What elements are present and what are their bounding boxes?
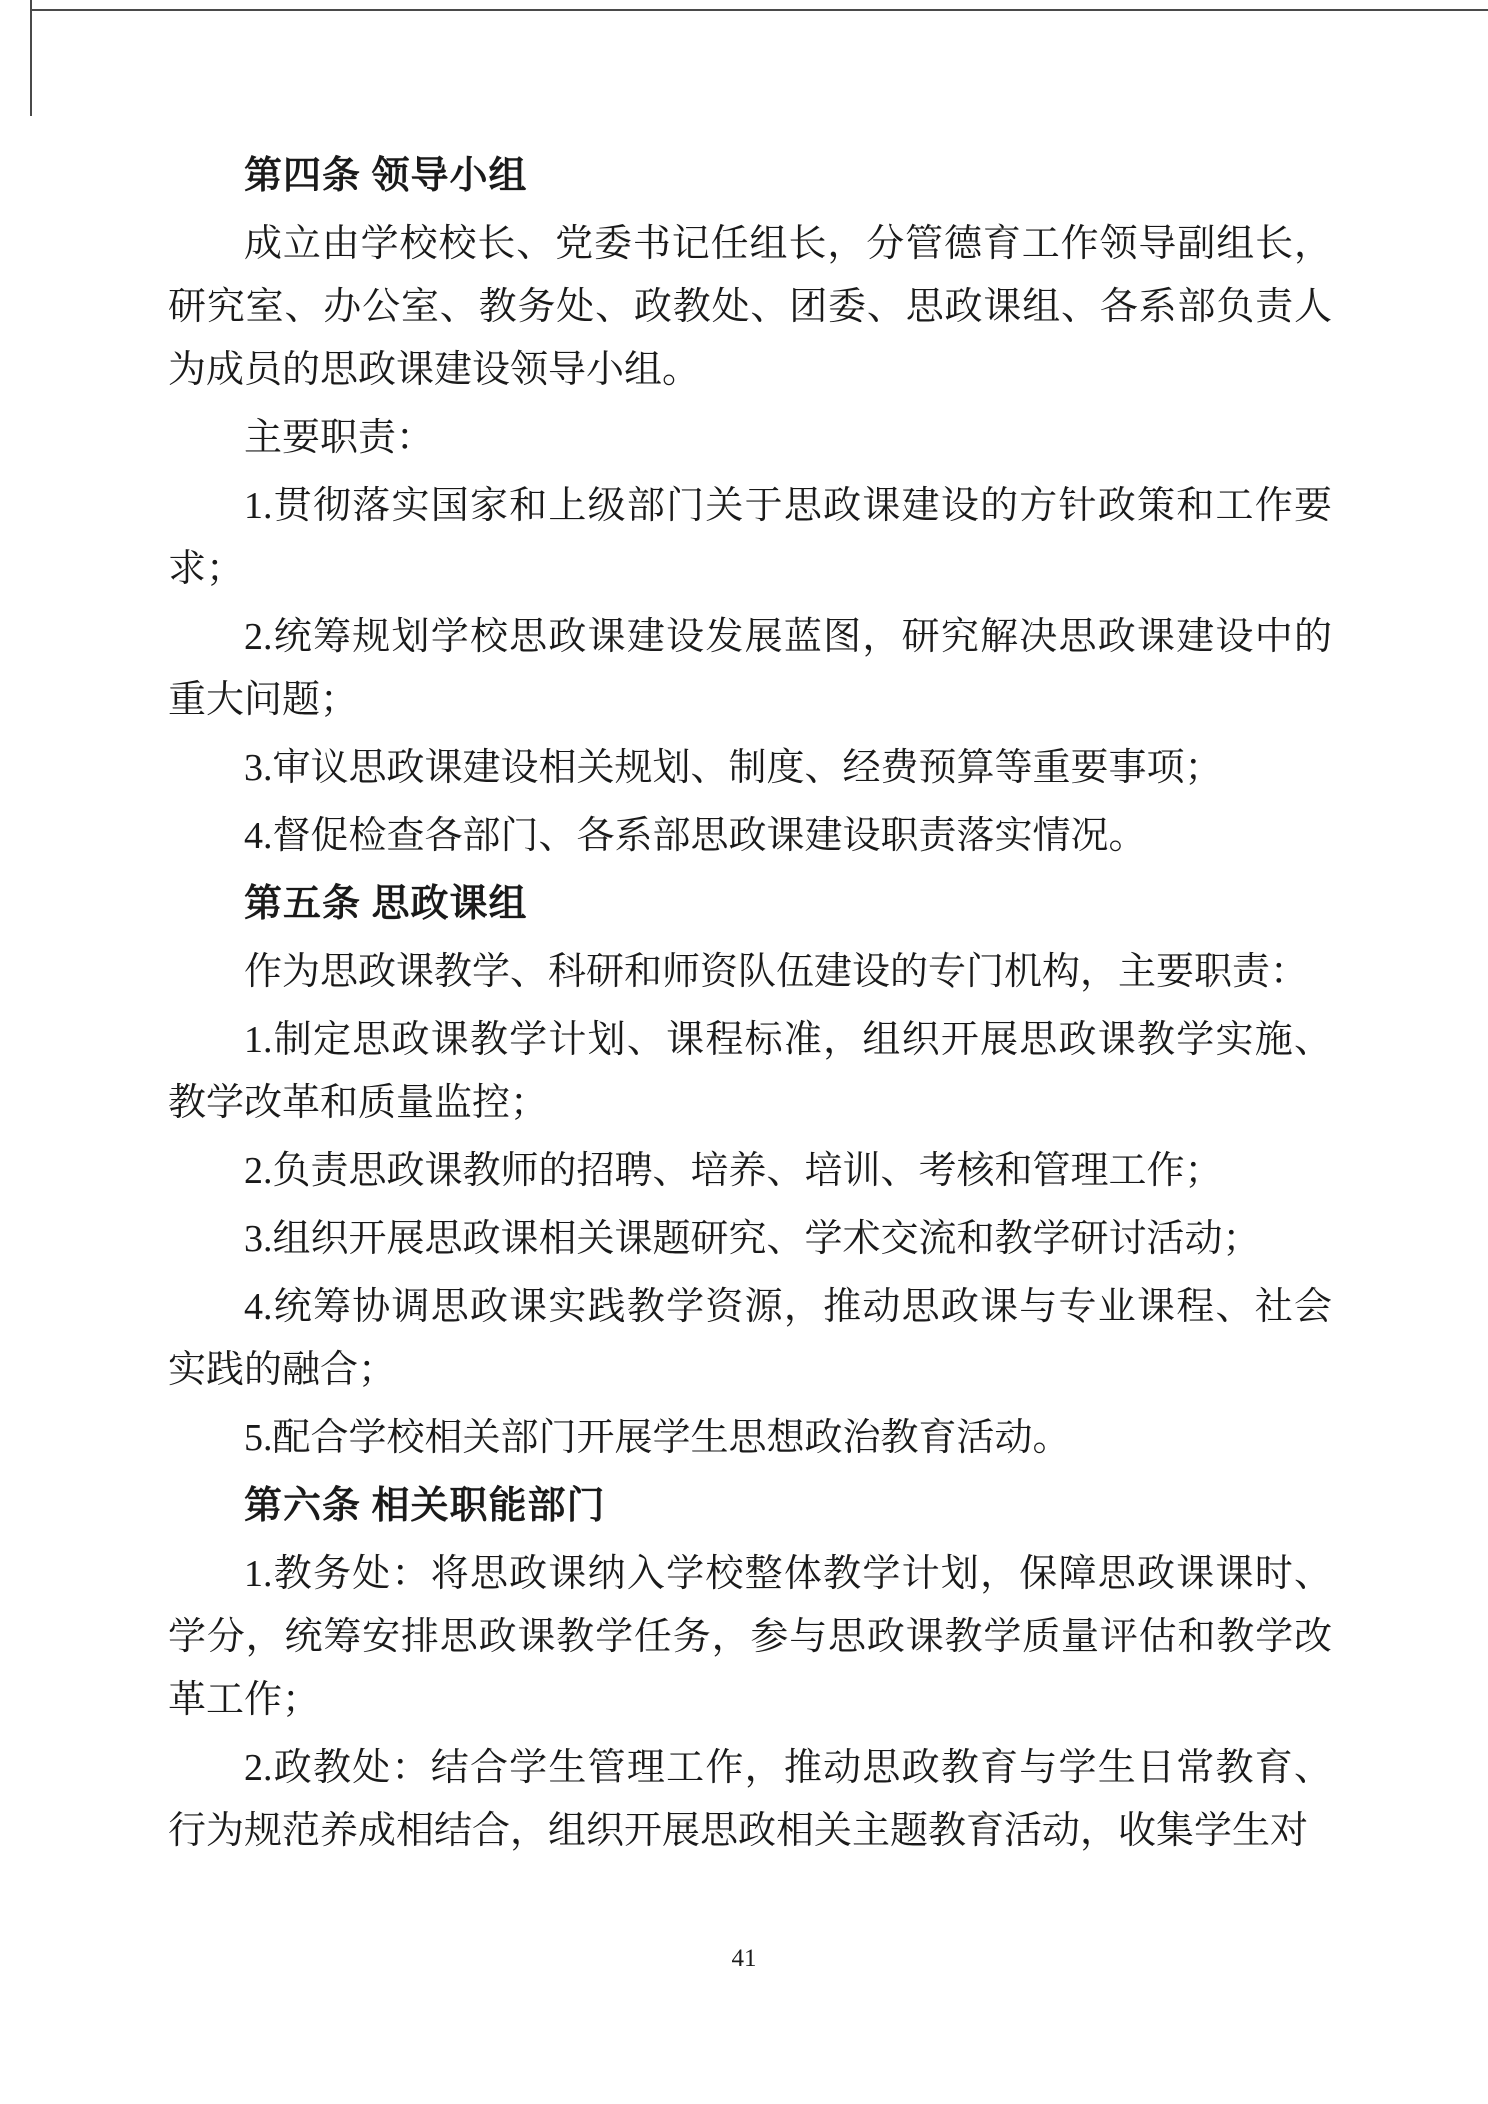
list-item: 4.统筹协调思政课实践教学资源，推动思政课与专业课程、社会实践的融合；: [168, 1276, 1332, 1402]
paragraph: 成立由学校校长、党委书记任组长，分管德育工作领导副组长，研究室、办公室、教务处、…: [168, 213, 1332, 402]
list-item: 1.教务处：将思政课纳入学校整体教学计划，保障思政课课时、学分，统筹安排思政课教…: [168, 1543, 1332, 1732]
page-border-top: [30, 9, 1488, 11]
list-item: 2.负责思政课教师的招聘、培养、培训、考核和管理工作；: [168, 1140, 1332, 1203]
list-item: 3.组织开展思政课相关课题研究、学术交流和教学研讨活动；: [168, 1208, 1332, 1271]
section-heading-article-6: 第六条 相关职能部门: [168, 1475, 1332, 1538]
list-item: 3.审议思政课建设相关规划、制度、经费预算等重要事项；: [168, 737, 1332, 800]
list-item: 1.贯彻落实国家和上级部门关于思政课建设的方针政策和工作要求；: [168, 475, 1332, 601]
list-item: 2.统筹规划学校思政课建设发展蓝图，研究解决思政课建设中的重大问题；: [168, 606, 1332, 732]
list-item: 1.制定思政课教学计划、课程标准，组织开展思政课教学实施、教学改革和质量监控；: [168, 1009, 1332, 1135]
list-item: 4.督促检查各部门、各系部思政课建设职责落实情况。: [168, 805, 1332, 868]
paragraph: 主要职责：: [168, 407, 1332, 470]
section-heading-article-4: 第四条 领导小组: [168, 145, 1332, 208]
page-border-left: [30, 0, 32, 116]
section-heading-article-5: 第五条 思政课组: [168, 873, 1332, 936]
list-item: 5.配合学校相关部门开展学生思想政治教育活动。: [168, 1407, 1332, 1470]
list-item: 2.政教处：结合学生管理工作，推动思政教育与学生日常教育、行为规范养成相结合，组…: [168, 1737, 1332, 1863]
document-page: 第四条 领导小组 成立由学校校长、党委书记任组长，分管德育工作领导副组长，研究室…: [168, 140, 1332, 1868]
paragraph: 作为思政课教学、科研和师资队伍建设的专门机构，主要职责：: [168, 941, 1332, 1004]
page-number: 41: [0, 1945, 1488, 1973]
